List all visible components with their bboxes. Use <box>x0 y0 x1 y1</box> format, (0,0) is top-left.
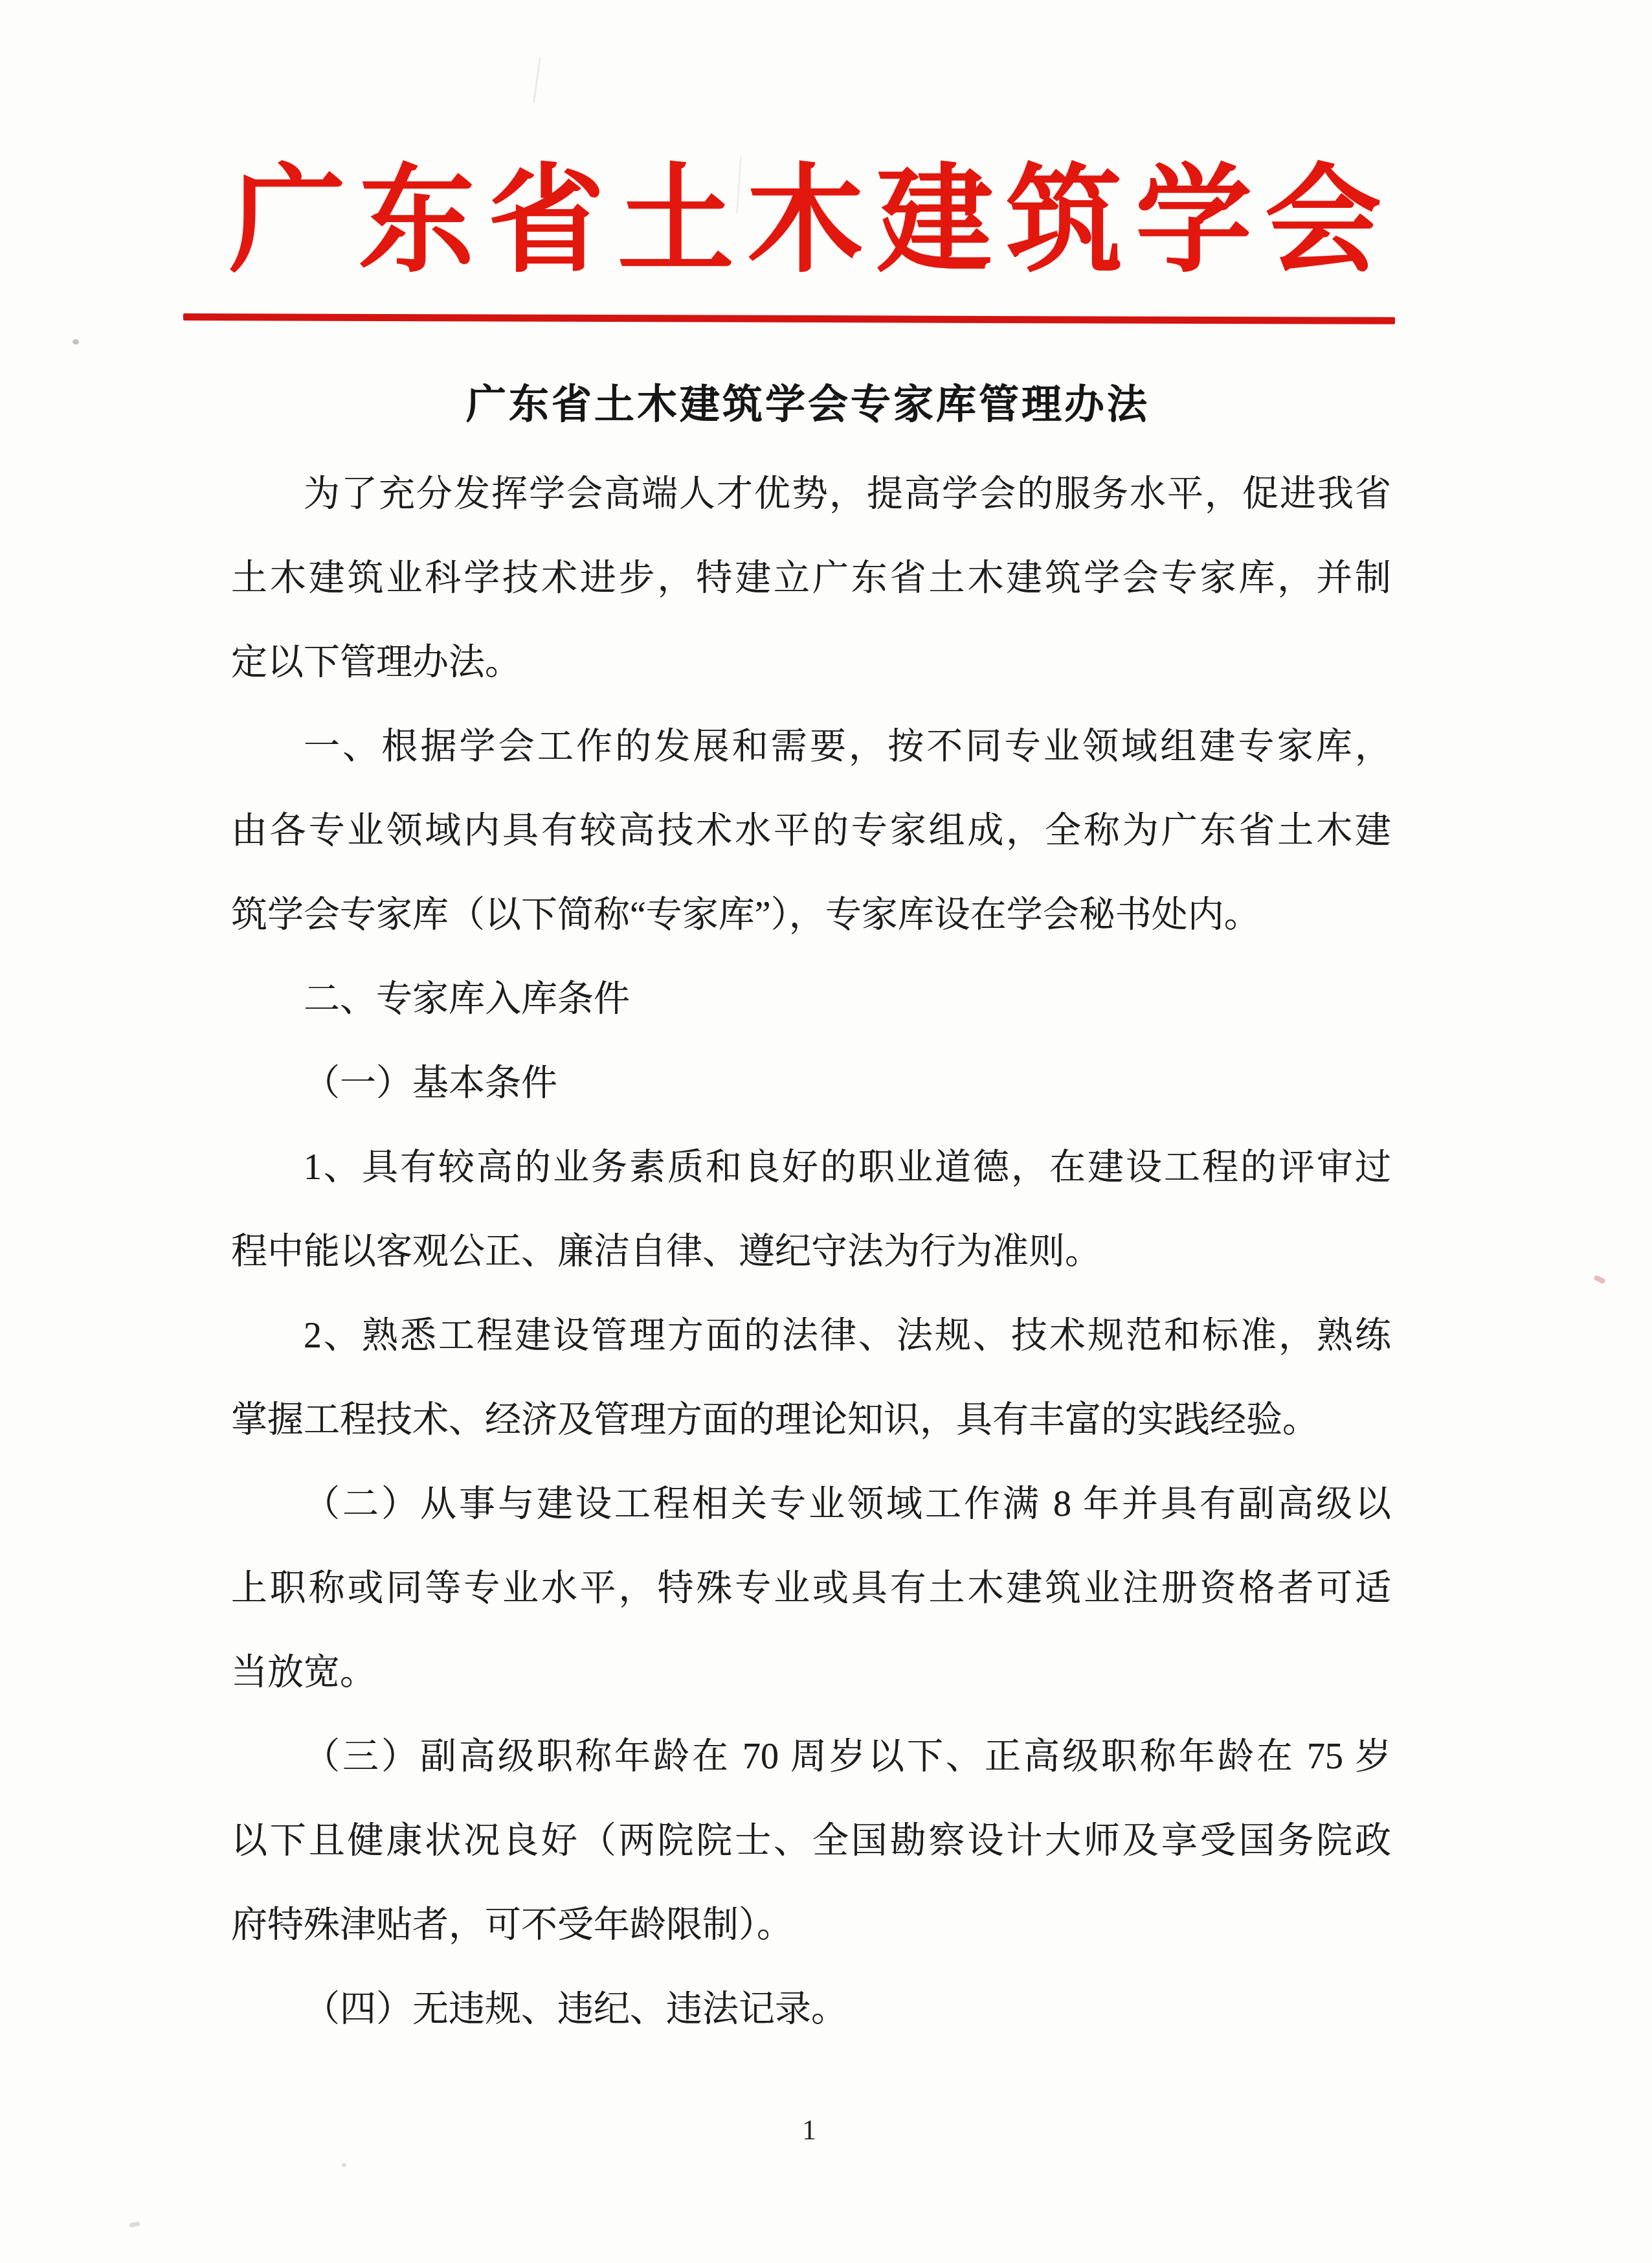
scan-artifact-streak <box>533 57 541 102</box>
letterhead-title: 广东省土木建筑学会 <box>0 163 1638 280</box>
body-line: 1、具有较高的业务素质和良好的职业道德，在建设工程的评审过 <box>231 1125 1391 1210</box>
letterhead-rule <box>183 313 1395 324</box>
body-line: 程中能以客观公正、廉洁自律、遵纪守法为行为准则。 <box>231 1210 1391 1294</box>
body-line: 由各专业领域内具有较高技术水平的专家组成，全称为广东省土木建 <box>231 789 1391 873</box>
body-line: （三）副高级职称年龄在 70 周岁以下、正高级职称年龄在 75 岁 <box>231 1715 1391 1799</box>
body-line: 定以下管理办法。 <box>231 620 1391 704</box>
body-line: 掌握工程技术、经济及管理方面的理论知识，具有丰富的实践经验。 <box>231 1378 1391 1462</box>
scan-artifact-dot <box>342 2163 346 2167</box>
body-line: （二）从事与建设工程相关专业领域工作满 8 年并具有副高级以 <box>231 1462 1391 1546</box>
body-line: 府特殊津贴者，可不受年龄限制）。 <box>231 1883 1391 1967</box>
body-line: 当放宽。 <box>231 1630 1391 1715</box>
body-line: 一、根据学会工作的发展和需要，按不同专业领域组建专家库， <box>231 704 1391 789</box>
body-line: 筑学会专家库（以下简称“专家库”），专家库设在学会秘书处内。 <box>231 873 1391 957</box>
body-line: 为了充分发挥学会高端人才优势，提高学会的服务水平，促进我省 <box>231 452 1391 536</box>
body-line: 上职称或同等专业水平，特殊专业或具有土木建筑业注册资格者可适 <box>231 1546 1391 1630</box>
scan-artifact-mark <box>129 2222 140 2228</box>
page-number: 1 <box>0 2116 1635 2145</box>
body-line: 二、专家库入库条件 <box>231 957 1391 1041</box>
scanned-document-page: 广东省土木建筑学会 广东省土木建筑学会专家库管理办法 为了充分发挥学会高端人才优… <box>0 0 1652 2263</box>
body-line: （四）无违规、违纪、违法记录。 <box>231 1967 1391 2051</box>
body-line: 土木建筑业科学技术进步，特建立广东省土木建筑学会专家库，并制 <box>231 536 1391 620</box>
body-line: 以下且健康状况良好（两院院士、全国勘察设计大师及享受国务院政 <box>231 1799 1391 1883</box>
document-title: 广东省土木建筑学会专家库管理办法 <box>0 383 1634 427</box>
scan-artifact-mark <box>1593 1275 1606 1285</box>
scan-artifact-dot <box>73 339 79 344</box>
document-body: 为了充分发挥学会高端人才优势，提高学会的服务水平，促进我省 土木建筑业科学技术进… <box>231 452 1391 2051</box>
body-line: 2、熟悉工程建设管理方面的法律、法规、技术规范和标准，熟练 <box>231 1294 1391 1378</box>
body-line: （一）基本条件 <box>231 1041 1391 1125</box>
